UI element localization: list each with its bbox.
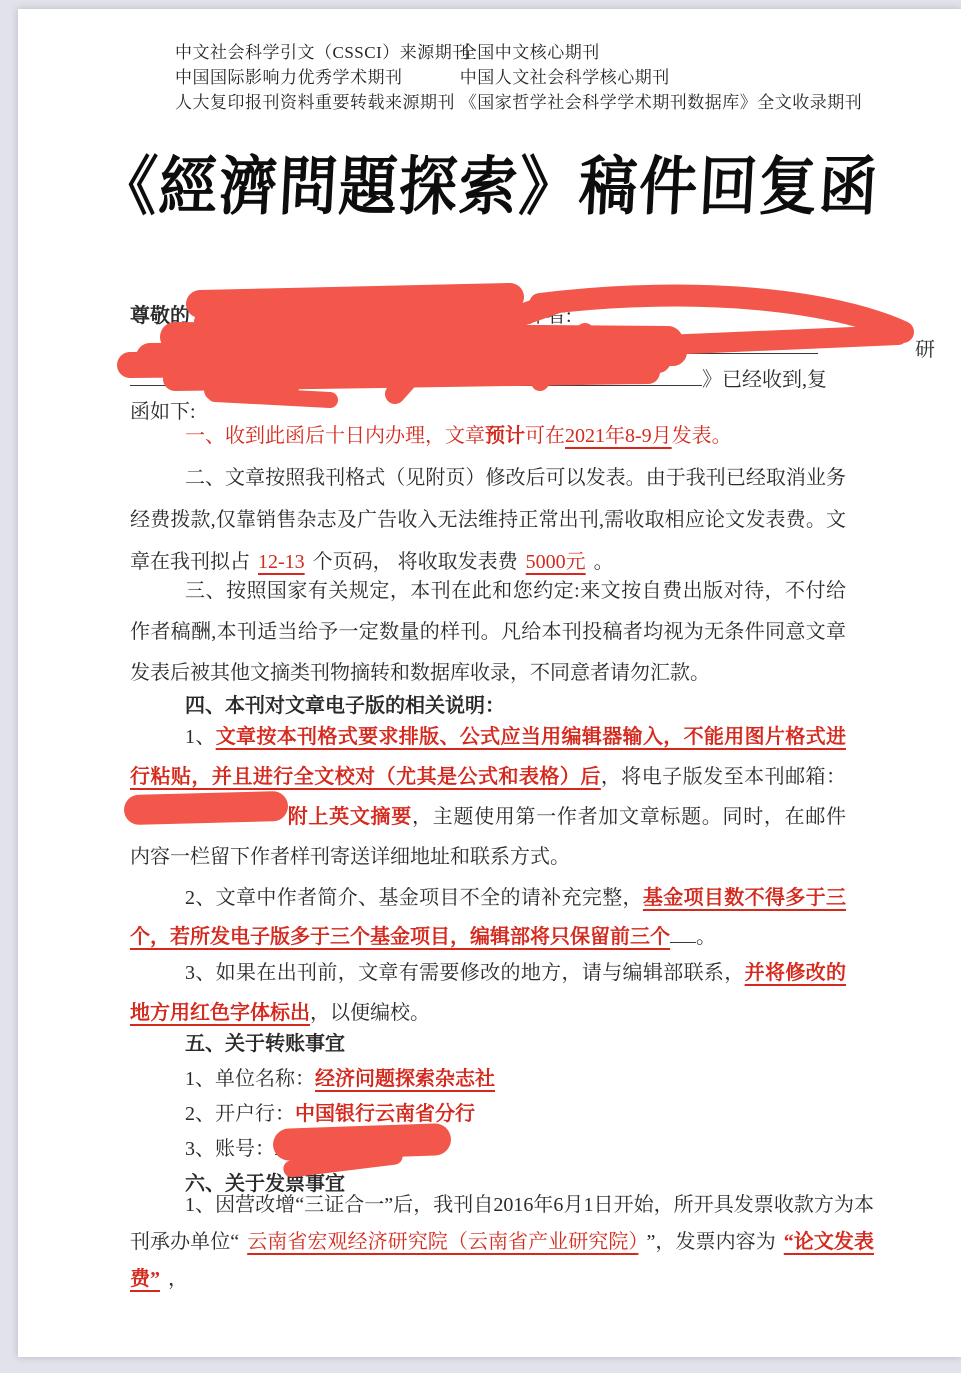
scanned-letter-screenshot: 中文社会科学引文（CSSCI）来源期刊 全国中文核心期刊 中国国际影响力优秀学术… bbox=[0, 0, 961, 1373]
h5-text: 五、关于转账事宜 bbox=[185, 1033, 345, 1055]
redacted-title-blank-1 bbox=[225, 333, 818, 354]
p51-org-name: 经济问题探索杂志社 bbox=[315, 1068, 495, 1090]
p51-label: 1、单位名称： bbox=[185, 1068, 315, 1090]
credential-row: 中文社会科学引文（CSSCI）来源期刊 全国中文核心期刊 bbox=[175, 40, 862, 65]
item-number: 一、 bbox=[185, 425, 225, 447]
redacted-email: 100 bbox=[130, 799, 282, 819]
credential-row: 人大复印报刊资料重要转载来源期刊 《国家哲学社会科学学术期刊数据库》全文收录期刊 bbox=[175, 90, 862, 115]
credential-left: 中文社会科学引文（CSSCI）来源期刊 bbox=[175, 40, 455, 65]
p42-text: 。 bbox=[696, 926, 716, 948]
email-visible-fragment: 100 bbox=[185, 811, 208, 827]
p2-text: 个页码， 将收取发表费 bbox=[313, 551, 518, 573]
salutation-suffix: 作者: bbox=[526, 305, 572, 327]
item-number: 1、 bbox=[185, 726, 216, 748]
p1-text: 收到此函后十日内办理，文章 bbox=[225, 425, 485, 447]
p61-text: ”，发票内容为 bbox=[646, 1231, 775, 1253]
letter-title-calligraphy: 《經濟問題探索》稿件回复函 bbox=[16, 135, 961, 227]
paragraph-6-1-invoice: 1、因营改增“三证合一”后，我刊自2016年6月1日开始，所开具发票收款方为本刊… bbox=[130, 1187, 874, 1298]
manuscript-title-line-2: 》已经收到,复 bbox=[130, 363, 846, 397]
h4-text: 四、本刊对文章电子版的相关说明： bbox=[185, 695, 505, 717]
p43-text: ，以便编校。 bbox=[310, 1002, 430, 1024]
p2-text: 。 bbox=[594, 551, 614, 573]
blank-underline bbox=[670, 922, 696, 943]
salutation-prefix: 尊敬的 bbox=[130, 305, 190, 327]
received-text: 》已经收到,复 bbox=[702, 369, 827, 391]
blank-underline bbox=[490, 301, 526, 322]
paragraph-2-fee: 二、文章按照我刊格式（见附页）修改后可以发表。由于我刊已经取消业务经费拨款,仅靠… bbox=[130, 457, 846, 583]
p2-page-count: 12-13 bbox=[250, 551, 313, 573]
credential-left: 人大复印报刊资料重要转载来源期刊 bbox=[175, 90, 455, 115]
p61-payee-institute: 云南省宏观经济研究院（云南省产业研究院） bbox=[239, 1231, 646, 1253]
p53-label: 3、账号： bbox=[185, 1138, 275, 1160]
redacted-account-number bbox=[275, 1134, 425, 1155]
p43-text: 3、如果在出刊前，文章有需要修改的地方，请与编辑部联系， bbox=[185, 962, 745, 984]
p1-bold: 预计 bbox=[485, 425, 525, 447]
p41-text: ，将电子版发至本刊邮箱： bbox=[601, 766, 846, 788]
credential-right: 全国中文核心期刊 bbox=[460, 43, 600, 62]
paragraph-4-3-revisions: 3、如果在出刊前，文章有需要修改的地方，请与编辑部联系，并将修改的地方用红色字体… bbox=[130, 953, 846, 1033]
p61-text: ， bbox=[168, 1268, 188, 1290]
manuscript-lead: 来稿 bbox=[185, 337, 225, 359]
paragraph-1-publication-date: 一、收到此函后十日内办理，文章预计可在2021年8-9月发表。 bbox=[130, 415, 846, 457]
manuscript-title-line-1: 来稿 bbox=[130, 331, 846, 365]
p1-text: 可在 bbox=[525, 425, 565, 447]
paragraph-3-terms: 三、按照国家有关规定，本刊在此和您约定:来文按自费出版对待，不付给作者稿酬,本刊… bbox=[130, 571, 846, 694]
manuscript-title-fragment: 研 bbox=[915, 333, 935, 362]
p41-abstract-note: 附上英文摘要 bbox=[288, 806, 412, 828]
p52-bank-name: 中国银行云南省分行 bbox=[295, 1103, 475, 1125]
paragraph-4-2-funding: 2、文章中作者简介、基金项目不全的请补充完整，基金项目数不得多于三个，若所发电子… bbox=[130, 879, 846, 957]
credential-right: 《国家哲学社会科学学术期刊数据库》全文收录期刊 bbox=[460, 93, 863, 112]
p42-text: 2、文章中作者简介、基金项目不全的请补充完整， bbox=[185, 887, 643, 909]
p3-text: 三、按照国家有关规定，本刊在此和您约定:来文按自费出版对待，不付给作者稿酬,本刊… bbox=[130, 580, 846, 684]
credential-row: 中国国际影响力优秀学术期刊 中国人文社会科学核心期刊 bbox=[175, 65, 862, 90]
redacted-author-name bbox=[190, 302, 490, 322]
p1-date-underlined: 2021年8-9月 bbox=[565, 425, 672, 447]
p1-text: 发表。 bbox=[672, 425, 732, 447]
journal-credentials: 中文社会科学引文（CSSCI）来源期刊 全国中文核心期刊 中国国际影响力优秀学术… bbox=[175, 40, 862, 115]
p52-label: 2、开户行： bbox=[185, 1103, 295, 1125]
redacted-title-blank-2 bbox=[130, 365, 702, 386]
letter-page: 中文社会科学引文（CSSCI）来源期刊 全国中文核心期刊 中国国际影响力优秀学术… bbox=[18, 9, 961, 1357]
p2-fee-amount: 5000元 bbox=[518, 551, 594, 573]
credential-right: 中国人文社会科学核心期刊 bbox=[460, 68, 670, 87]
credential-left: 中国国际影响力优秀学术期刊 bbox=[175, 65, 455, 90]
paragraph-4-1-format: 1、文章按本刊格式要求排版、公式应当用编辑器输入，不能用图片格式进行粘贴，并且进… bbox=[130, 717, 846, 877]
